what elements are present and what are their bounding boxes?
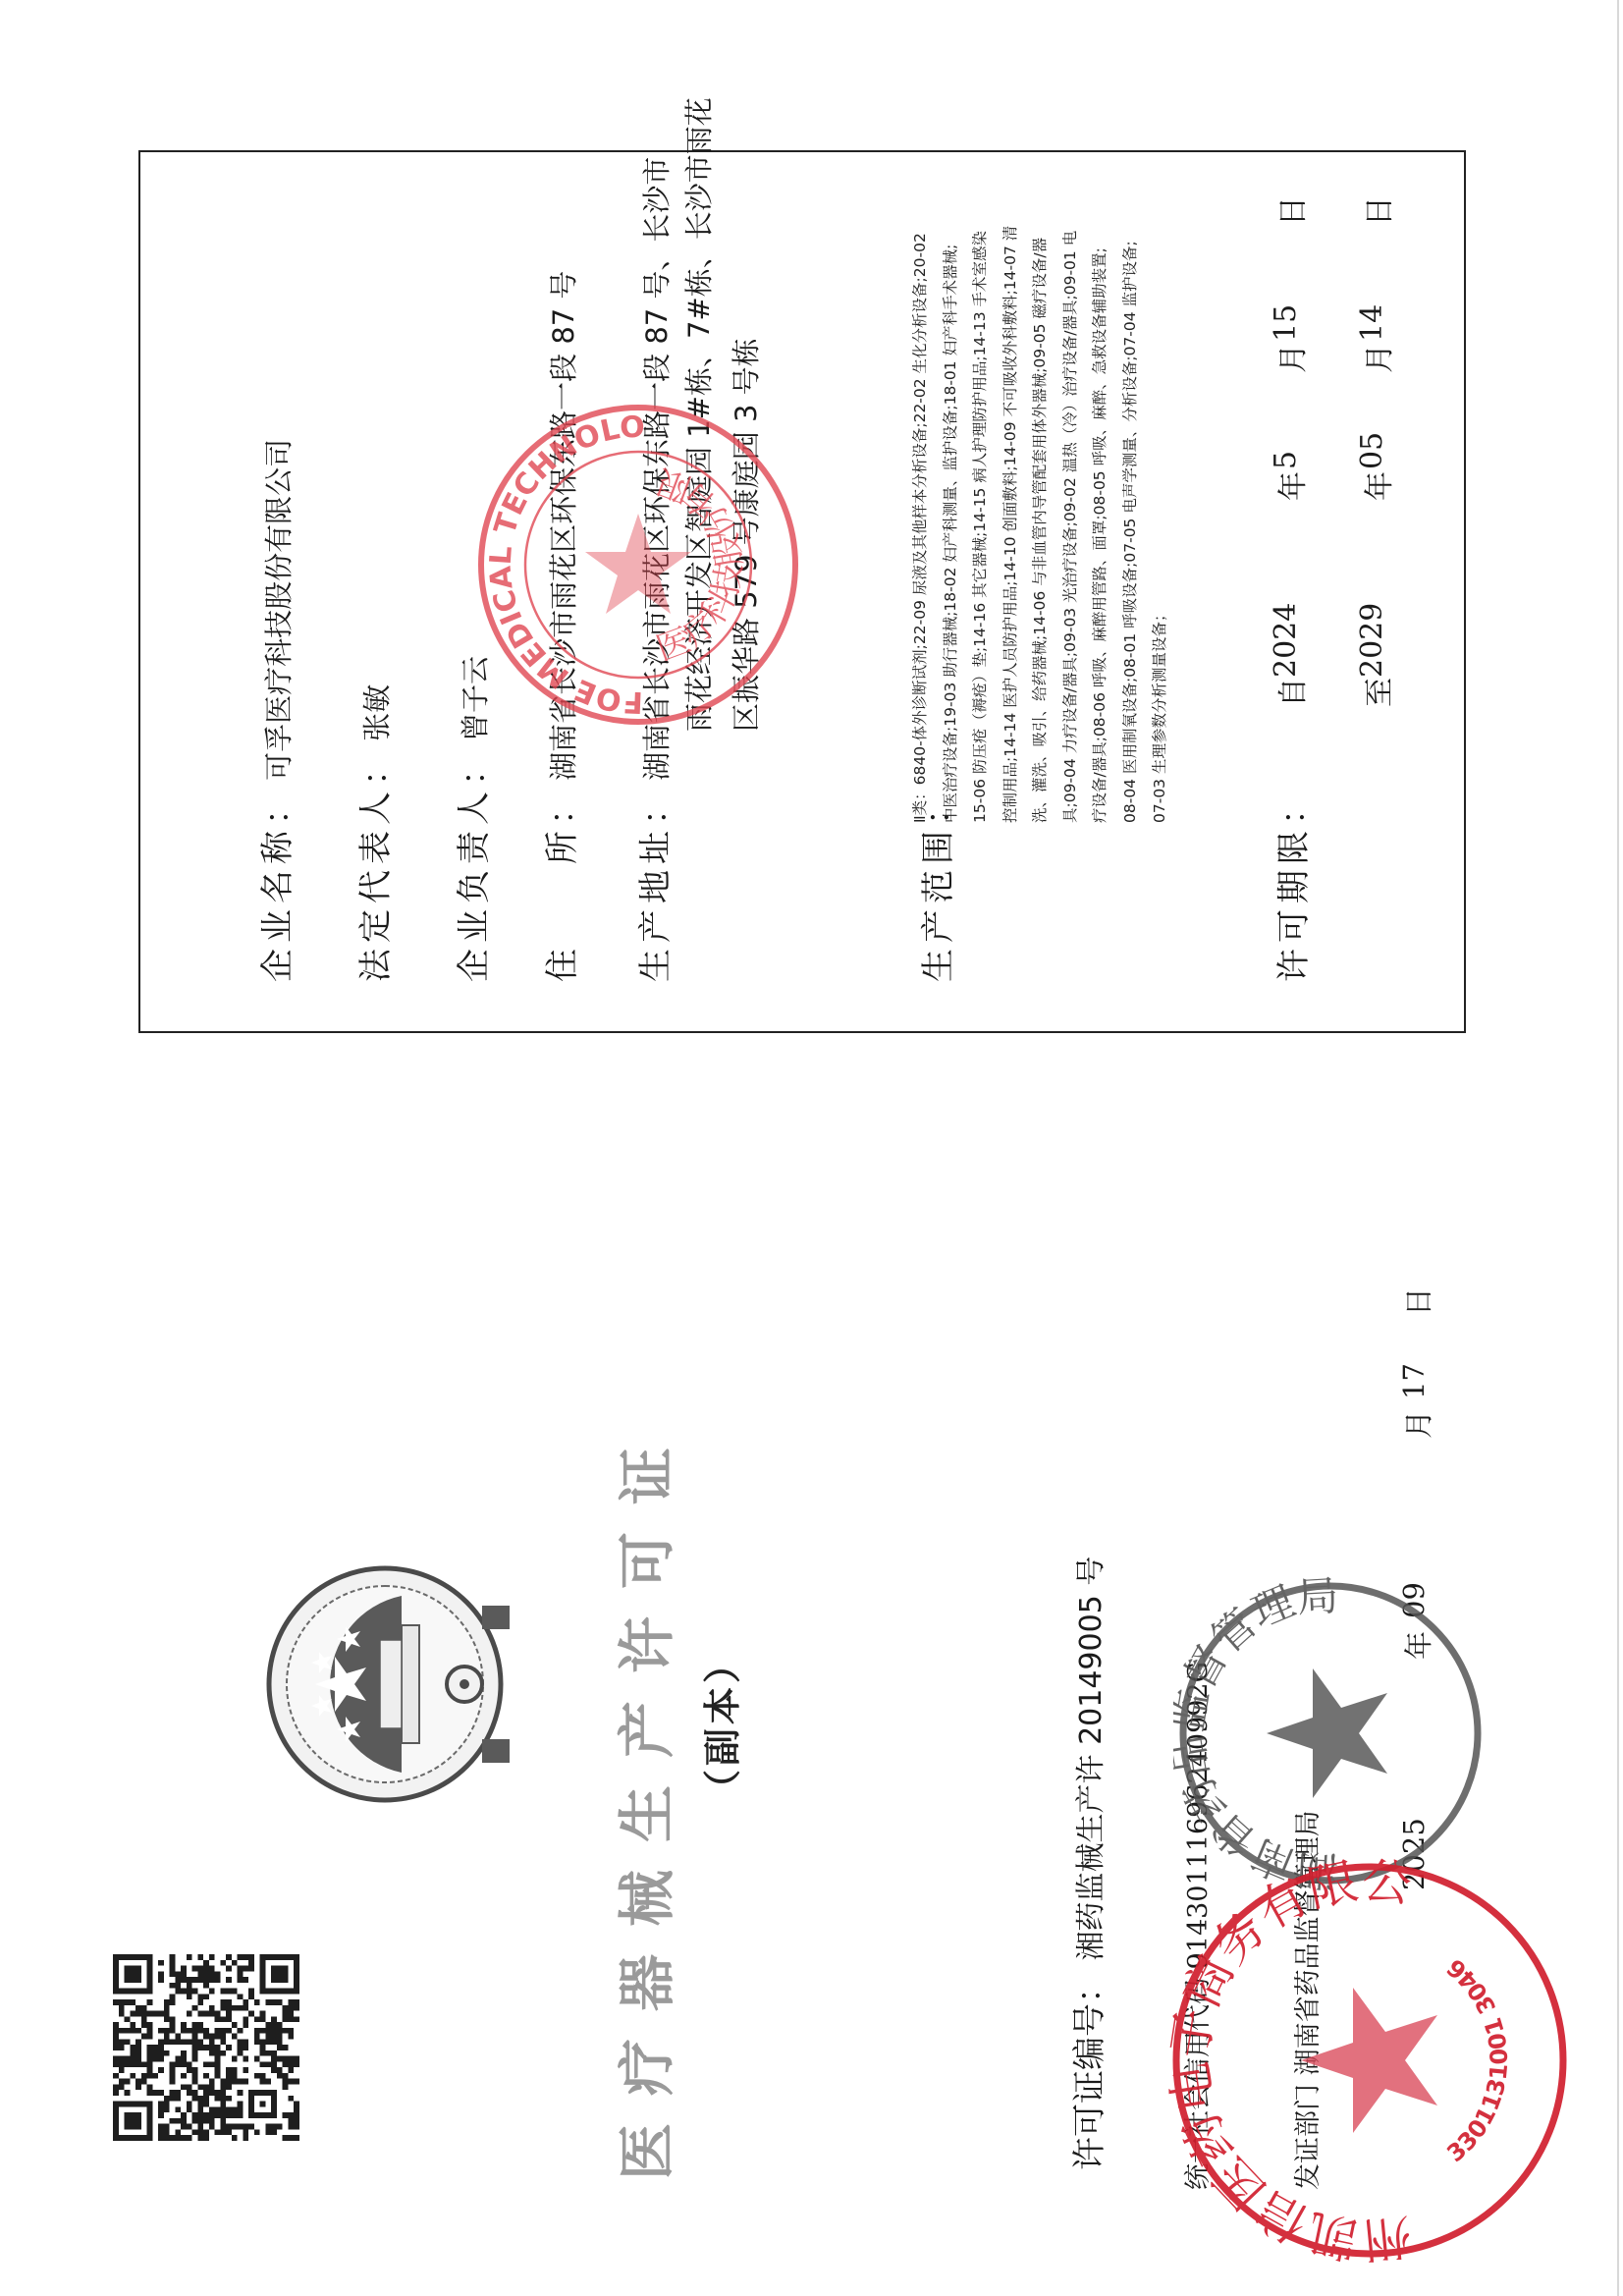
issue-day: 17 bbox=[1397, 1363, 1431, 1399]
reseller-seal-stamp: 杭州凯信医药电子商务有限公司 3301131001 3046 bbox=[1159, 1854, 1581, 2267]
validity-from-day-suffix: 日 bbox=[1269, 196, 1312, 226]
validity-from-month: 5 bbox=[1269, 451, 1303, 469]
validity-from-day: 15 bbox=[1269, 304, 1303, 342]
production-scope-line: 中医治疗设备;19-03 助行器械;18-02 妇产科测量、监护设备;18-01… bbox=[939, 245, 960, 823]
svg-text:3301131001 3046: 3301131001 3046 bbox=[1441, 1953, 1513, 2167]
validity-to-month-suffix: 月 bbox=[1355, 344, 1398, 373]
validity-from-month-suffix: 月 bbox=[1269, 344, 1312, 373]
validity-to-day-suffix: 日 bbox=[1355, 196, 1398, 226]
validity-to-month: 05 bbox=[1355, 432, 1389, 469]
principal-label: 企业负责人： bbox=[455, 746, 494, 982]
company-name-value: 可孚医疗科技股份有限公司 bbox=[262, 439, 296, 781]
permit-number-label: 许可证编号： bbox=[1070, 1970, 1109, 2170]
validity-label: 许可期限： bbox=[1267, 786, 1315, 982]
validity-to-prefix: 至 bbox=[1355, 678, 1398, 707]
production-scope-line: 具;09-04 力疗设备/器具;09-03 光治疗设备;09-02 温热（冷）治… bbox=[1058, 231, 1080, 823]
authority-seal-stamp: 湖南省药品监督管理局 bbox=[1173, 1576, 1488, 1890]
issue-day-suffix: 日 bbox=[1397, 1287, 1437, 1316]
permit-number-value: 湘药监械生产许 20149005 号 bbox=[1074, 1557, 1109, 1961]
certificate-subtitle: （副本） bbox=[692, 1642, 746, 1807]
production-scope-line: 15-06 防压疮（褥疮）垫;14-16 其它器械;14-15 病人护理防护用品… bbox=[968, 231, 990, 823]
production-scope-line: 疗设备/器具;08-06 呼吸、麻醉用管路、面罩;08-05 呼吸、麻醉、急救设… bbox=[1088, 247, 1109, 823]
validity-to-year: 2029 bbox=[1355, 603, 1389, 678]
company-seal-stamp: COFOE MEDICAL TECHNOLOGY 可孚医疗科技股份有限公司 bbox=[471, 398, 805, 732]
production-scope-line: 洗、灌洗、吸引、给药器械;14-06 与非血管内导管配套用体外器械;09-05 … bbox=[1028, 238, 1050, 823]
page-edge-line bbox=[1617, 0, 1619, 2296]
field-legal-rep: 法定代表人： 张敏 bbox=[349, 684, 397, 982]
validity-from-year: 2024 bbox=[1269, 603, 1303, 678]
production-scope-line: Ⅱ类：6840-体外诊断试剂;22-09 尿液及其他样本分析设备;22-02 生… bbox=[908, 233, 930, 823]
legal-rep-label: 法定代表人： bbox=[356, 746, 396, 982]
residence-label: 住 所： bbox=[543, 786, 582, 982]
field-company-name: 企业名称： 可孚医疗科技股份有限公司 bbox=[250, 439, 298, 982]
validity-to-year-suffix: 年 bbox=[1355, 471, 1398, 501]
validity-from-prefix: 自 bbox=[1269, 678, 1312, 707]
national-emblem-icon bbox=[257, 1554, 513, 1815]
production-scope-line: 07-03 生理参数分析测量设备； bbox=[1148, 607, 1169, 823]
company-name-label: 企业名称： bbox=[258, 786, 298, 982]
legal-rep-value: 张敏 bbox=[360, 684, 394, 741]
validity-to-day: 14 bbox=[1355, 304, 1389, 342]
issue-month-suffix: 月 bbox=[1397, 1410, 1437, 1439]
validity-from-year-suffix: 年 bbox=[1269, 471, 1312, 501]
production-scope-line: 控制用品;14-14 医护人员防护用品;14-10 创面敷料;14-09 不可吸… bbox=[999, 226, 1020, 823]
production-address-label: 生产地址： bbox=[636, 786, 676, 982]
production-scope-line: 08-04 医用制氧设备;08-01 呼吸设备;07-05 电声学测量、分析设备… bbox=[1118, 241, 1140, 823]
permit-number: 许可证编号： 湘药监械生产许 20149005 号 bbox=[1062, 1557, 1110, 2170]
qr-code-icon bbox=[112, 1954, 300, 2141]
certificate-title: 医疗器械生产许可证 bbox=[601, 1420, 683, 2180]
